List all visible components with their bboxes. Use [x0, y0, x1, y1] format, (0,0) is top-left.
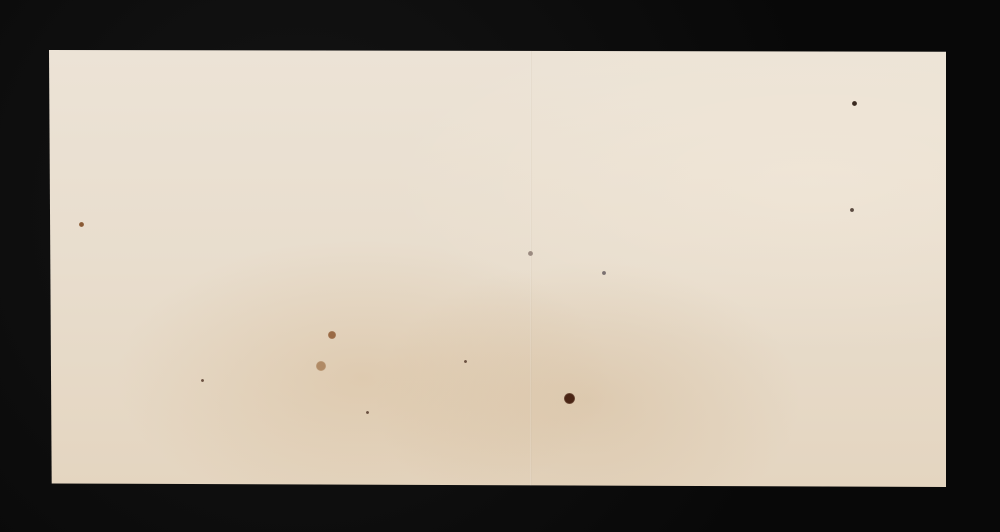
foxing-spot: [79, 222, 84, 227]
paper-fold-line: [530, 50, 532, 487]
foxing-spot: [464, 360, 467, 363]
foxing-spot: [564, 393, 575, 404]
paper-sheet: [49, 50, 946, 487]
foxing-spot: [850, 208, 854, 212]
foxing-spot: [852, 101, 857, 106]
foxing-spot: [201, 379, 204, 382]
foxing-spot: [328, 331, 336, 339]
foxing-spot: [528, 251, 533, 256]
foxing-spot: [602, 271, 606, 275]
foxing-spot: [366, 411, 369, 414]
foxing-spot: [316, 361, 326, 371]
